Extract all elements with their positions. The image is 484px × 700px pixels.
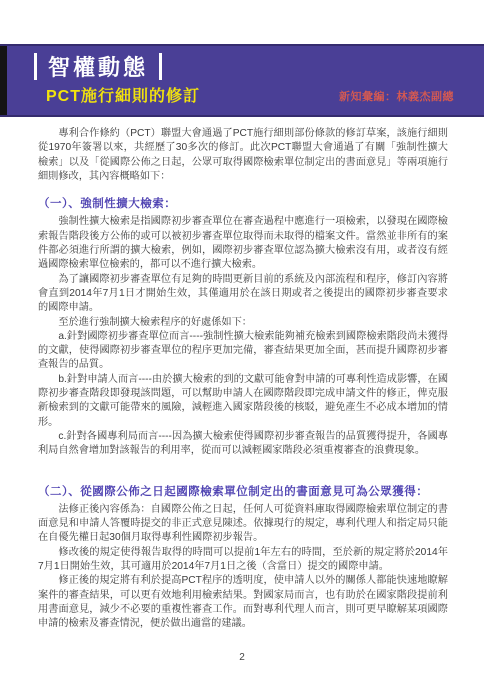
header-banner: 智權動態 PCT施行細則的修訂 新知彙編：林義杰副總 (0, 44, 484, 117)
document-body: 專利合作條約（PCT）聯盟大會通過了PCT施行細則部份條款的修訂草案，該施行細則… (38, 127, 448, 632)
paragraph: b.針對申請人而言----由於擴大檢索的到的文獻可能會對申請的可專利性造成影響，… (38, 373, 448, 430)
paragraph: 修正後的規定將有利於提高PCT程序的透明度，使申請人以外的關係人都能快速地瞭解案… (38, 574, 448, 631)
paragraph: 修改後的規定使得報告取得的時間可以提前1年左右的時間，至於新的規定將於2014年… (38, 546, 448, 575)
paragraph: 強制性擴大檢索是指國際初步審查單位在審查過程中應進行一項檢索，以發現在國際檢索報… (38, 215, 448, 272)
page-title: 智權動態 (48, 55, 148, 79)
section-heading: （一）、強制性擴大檢索： (38, 197, 448, 211)
editor-credit: 新知彙編：林義杰副總 (339, 88, 454, 104)
title-row: 智權動態 (34, 53, 162, 80)
paragraph: c.針對各國專利局而言----因為擴大檢索使得國際初步審查報告的品質獲得提升，各… (38, 430, 448, 459)
paragraph: 為了讓國際初步審查單位有足夠的時間更新目前的系統及內部流程和程序，修訂內容將會直… (38, 273, 448, 316)
title-divider-bar-left (34, 53, 37, 80)
section: 專利合作條約（PCT）聯盟大會通過了PCT施行細則部份條款的修訂草案，該施行細則… (38, 127, 448, 184)
section: （一）、強制性擴大檢索：強制性擴大檢索是指國際初步審查單位在審查過程中應進行一項… (38, 197, 448, 458)
section-heading: （二）、從國際公佈之日起國際檢索單位制定出的書面意見可為公眾獲得： (38, 485, 448, 499)
section: （二）、從國際公佈之日起國際檢索單位制定出的書面意見可為公眾獲得：法修正後內容係… (38, 485, 448, 632)
paragraph: 法修正後內容係為：自國際公佈之日起，任何人可從資料庫取得國際檢索單位制定的書面意… (38, 503, 448, 546)
title-divider-bar-right (159, 53, 162, 80)
paragraph: a.針對國際初步審查單位而言----強制性擴大檢索能夠補充檢索到國際檢索階段尚未… (38, 330, 448, 373)
paragraph: 至於進行強制擴大檢索程序的好處係如下： (38, 316, 448, 330)
paragraph: 專利合作條約（PCT）聯盟大會通過了PCT施行細則部份條款的修訂草案，該施行細則… (38, 127, 448, 184)
article-title: PCT施行細則的修訂 (46, 83, 200, 106)
page-number: 2 (0, 652, 484, 663)
left-accent-bar (0, 46, 7, 115)
